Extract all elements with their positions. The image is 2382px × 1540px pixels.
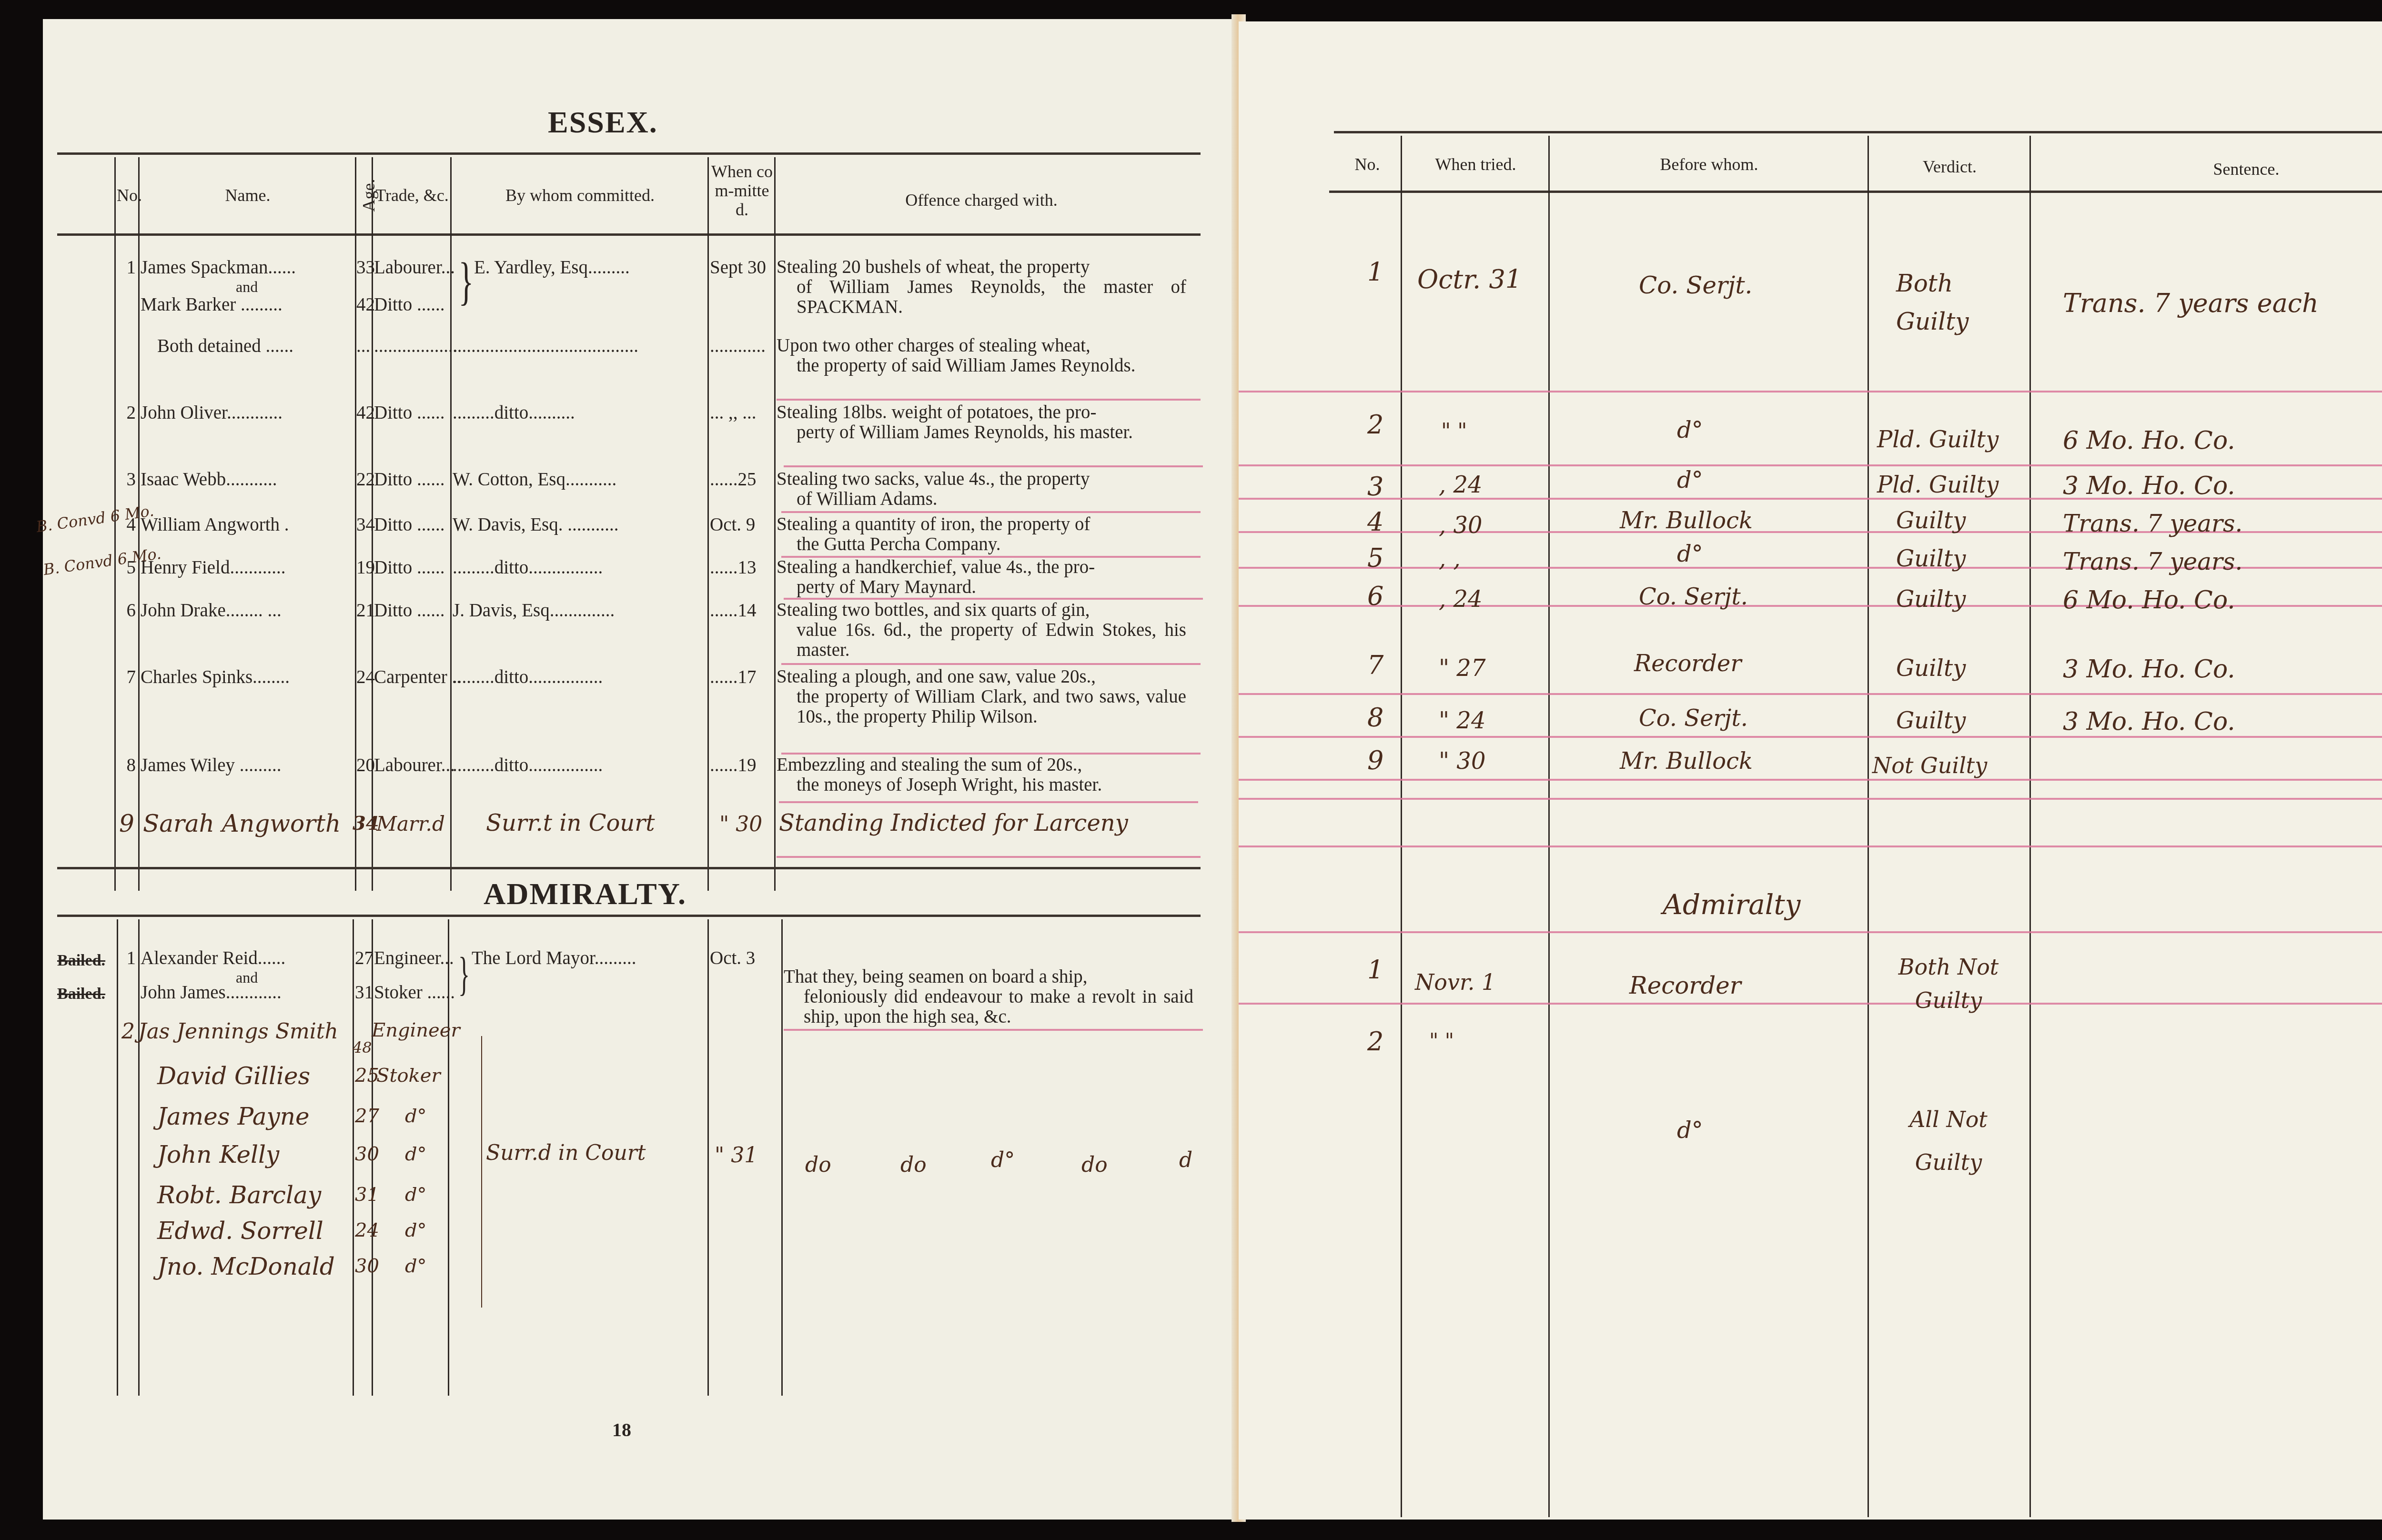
row-verdict: Both Guilty: [1896, 264, 2020, 341]
essex-title: ESSEX.: [548, 105, 658, 140]
row-before: d°: [1677, 417, 1703, 443]
brace: }: [458, 948, 470, 1000]
row-by-whom: The Lord Mayor.........: [472, 948, 636, 969]
row-trade: ..................: [374, 336, 458, 357]
col-line: [138, 919, 140, 1396]
row-no: 7: [1367, 650, 1383, 680]
row-when: ......17: [710, 667, 757, 688]
row-trade: d°: [405, 1105, 427, 1127]
row-name: John Kelly: [157, 1141, 279, 1168]
row-when: " 27: [1439, 655, 1485, 682]
col-line: [774, 157, 776, 891]
row-before: d°: [1677, 541, 1703, 567]
col-line: [781, 919, 783, 1396]
row-sentence: 3 Mo. Ho. Co.: [2063, 472, 2235, 500]
admiralty-title: ADMIRALTY.: [484, 876, 686, 912]
row-name: James Wiley .........: [141, 755, 282, 776]
row-age: 21: [356, 600, 375, 621]
row-offence: Embezzling and stealing the sum of 20s.,…: [777, 755, 1186, 795]
row-trade: Engineer...: [374, 948, 454, 969]
row-name: Jas Jennings Smith: [138, 1019, 338, 1044]
row-name: Isaac Webb...........: [141, 469, 277, 490]
row-sentence: Trans. 7 years each: [2063, 288, 2319, 318]
row-before: d°: [1677, 467, 1703, 493]
row-by-whom: W. Cotton, Esq...........: [453, 469, 616, 490]
row-no: 9: [119, 810, 134, 837]
header-trade: Trade, &c.: [374, 186, 450, 205]
row-name: James Spackman......: [141, 257, 296, 278]
row-offence: Stealing 20 bushels of wheat, the proper…: [777, 257, 1186, 317]
row-trade: Labourer...: [374, 257, 455, 278]
row-no: 6: [1367, 581, 1383, 611]
right-page: No. When tried. Before whom. Verdict. Se…: [1239, 21, 2382, 1520]
row-by-whom: J. Davis, Esq..............: [453, 600, 615, 621]
row-verdict: Guilty: [1896, 586, 1966, 613]
row-trade: Marr.d: [376, 812, 445, 835]
row-name: William Angworth .: [141, 514, 289, 535]
section-rule: [57, 915, 1201, 917]
row-verdict: Guilty: [1896, 545, 1966, 572]
row-no: 1: [114, 948, 136, 969]
red-rule: [1239, 798, 2382, 800]
row-offence: Stealing two bottles, and six quarts of …: [777, 600, 1186, 660]
row-by-whom: .........ditto..........: [453, 403, 575, 423]
row-no: 5: [1367, 543, 1383, 573]
row-when: Oct. 9: [710, 514, 755, 535]
admiralty-label: Admiralty: [1663, 888, 1801, 921]
row-when: ... ,, ...: [710, 403, 757, 423]
row-age: ...: [356, 336, 370, 357]
red-rule: [1239, 693, 2382, 695]
row-no: 1: [114, 257, 136, 278]
header-rule-bottom: [57, 233, 1201, 236]
margin-note: B. Convd 6 Mo.: [35, 502, 155, 536]
row-no: 4: [1367, 507, 1383, 537]
group-offence-do: do: [900, 1153, 927, 1177]
row-no: 2: [1367, 410, 1383, 440]
row-name: John Drake........ ...: [141, 600, 282, 621]
row-name-2: Mark Barker .........: [141, 294, 283, 315]
header-age: Age.: [353, 186, 374, 205]
red-rule: [1239, 779, 2382, 781]
row-verdict: Guilty: [1896, 707, 1966, 734]
col-line: [1401, 136, 1402, 1517]
row-trade: d°: [405, 1255, 427, 1277]
row-before: Recorder: [1634, 650, 1741, 677]
row-sentence: 3 Mo. Ho. Co.: [2063, 655, 2235, 684]
row-when: , ,: [1439, 545, 1461, 572]
row-when: ............: [710, 336, 766, 357]
row-name: David Gillies: [157, 1062, 310, 1090]
row-no: 6: [114, 600, 136, 621]
row-offence: Stealing a handkerchief, value 4s., the …: [777, 557, 1186, 597]
row-verdict: Pld. Guilty: [1877, 426, 1998, 453]
row-trade: Carpenter ..: [374, 667, 461, 688]
row-by-whom: .........ditto................: [453, 557, 603, 578]
brace: }: [459, 252, 474, 310]
row-verdict: All Not Guilty: [1877, 1098, 2020, 1184]
header-rule-top: [1334, 131, 2382, 133]
row-offence: That they, being seamen on board a ship,…: [784, 967, 1193, 1027]
red-rule: [1239, 736, 2382, 738]
row-name: Both detained ......: [157, 336, 293, 357]
row-when: ......14: [710, 600, 757, 621]
row-by-whom: W. Davis, Esq. ...........: [453, 514, 618, 535]
row-offence: Upon two other charges of stealing wheat…: [777, 336, 1186, 376]
group-by-whom: Surr.d in Court: [486, 1141, 646, 1165]
red-rule: [784, 1029, 1203, 1031]
header-rule-top: [57, 152, 1201, 155]
row-name: Henry Field............: [141, 557, 285, 578]
row-name: John James............: [141, 982, 282, 1003]
row-verdict: Guilty: [1896, 655, 1966, 682]
row-name: Edwd. Sorrell: [157, 1217, 323, 1245]
row-when: " ": [1429, 1029, 1454, 1052]
row-by-whom: E. Yardley, Esq.........: [474, 257, 630, 278]
red-rule: [1239, 391, 2382, 393]
row-no: 3: [1367, 472, 1383, 502]
section-rule: [57, 867, 1201, 869]
row-when: Oct. 3: [710, 948, 755, 969]
row-trade: Stoker ......: [374, 982, 455, 1003]
header-rule-bottom: [1329, 191, 2382, 193]
col-line: [707, 919, 709, 1396]
row-offence: Standing Indicted for Larceny: [779, 810, 1128, 836]
col-line: [353, 919, 354, 1396]
row-age: 25: [355, 1065, 379, 1087]
row-before: Co. Serjt.: [1639, 705, 1748, 732]
row-verdict: Guilty: [1896, 507, 1966, 534]
row-sentence: 6 Mo. Ho. Co.: [2063, 586, 2235, 614]
group-offence-do: do: [805, 1153, 831, 1177]
row-no: 7: [114, 667, 136, 688]
row-when: ......13: [710, 557, 757, 578]
row-age: 31: [355, 1184, 379, 1206]
red-rule: [781, 663, 1201, 665]
row-verdict: Both Not Guilty: [1877, 950, 2020, 1017]
row-age: 27: [355, 1105, 379, 1127]
col-line: [707, 157, 709, 891]
row-sentence: 6 Mo. Ho. Co.: [2063, 426, 2235, 455]
row-trade: d°: [405, 1219, 427, 1241]
red-rule: [1239, 1003, 2382, 1005]
row-when: , 24: [1439, 472, 1483, 498]
row-trade: Ditto ......: [374, 557, 444, 578]
row-before: Recorder: [1629, 972, 1741, 999]
row-by-whom: ........................................: [453, 336, 638, 357]
header-sentence: Sentence.: [2032, 160, 2382, 179]
row-no: 8: [1367, 703, 1383, 733]
red-rule: [1239, 845, 2382, 847]
row-when: Octr. 31: [1417, 264, 1522, 294]
group-offence-do: d°: [991, 1148, 1015, 1172]
row-when: " 30: [719, 812, 762, 836]
row-sentence: 3 Mo. Ho. Co.: [2063, 707, 2235, 736]
row-age: 42: [356, 403, 375, 423]
row-age: 20: [356, 755, 375, 776]
row-trade: Ditto ......: [374, 403, 444, 423]
row-when: " ": [1441, 419, 1467, 443]
row-offence: Stealing a plough, and one saw, value 20…: [777, 667, 1186, 727]
row-trade: Stoker: [376, 1065, 441, 1087]
row-age-2: 42: [356, 294, 375, 315]
row-no: 1: [1367, 257, 1383, 287]
row-name: Robt. Barclay: [157, 1181, 321, 1209]
row-trade: Engineer: [372, 1019, 460, 1041]
header-by-whom: By whom committed.: [453, 186, 707, 205]
row-age: 24: [356, 667, 375, 688]
row-by-whom: Surr.t in Court: [486, 810, 655, 836]
row-age: 27: [355, 948, 373, 969]
row-no: 2: [1367, 1027, 1383, 1057]
row-no: 8: [114, 755, 136, 776]
red-rule: [779, 801, 1198, 803]
row-sentence: Trans. 7 years.: [2063, 510, 2243, 537]
row-trade: Ditto ......: [374, 514, 444, 535]
row-when: ......19: [710, 755, 757, 776]
header-when: When com-mitted.: [710, 162, 774, 219]
row-by-whom: .........ditto................: [453, 667, 603, 688]
row-age: 33: [356, 257, 375, 278]
row-trade: d°: [405, 1143, 427, 1165]
col-line: [1548, 136, 1550, 1517]
header-before-whom: Before whom.: [1551, 155, 1867, 174]
row-age: 22: [356, 469, 375, 490]
row-before: Mr. Bullock: [1620, 748, 1753, 775]
row-name: Charles Spinks........: [141, 667, 290, 688]
left-page: ESSEX. No. Name. Age. Trade, &c. By whom…: [43, 19, 1236, 1520]
row-no: 2: [114, 403, 136, 423]
row-when: , 30: [1439, 512, 1483, 539]
row-by-whom: .........ditto................: [453, 755, 603, 776]
row-name: Alexander Reid......: [141, 948, 285, 969]
row-no: 9: [1367, 745, 1383, 775]
row-age: 34: [353, 812, 379, 835]
header-offence: Offence charged with.: [777, 191, 1186, 210]
row-before: d°: [1677, 1117, 1703, 1144]
col-line: [2029, 136, 2031, 1517]
red-rule: [1239, 464, 2382, 466]
row-when: " 24: [1439, 707, 1485, 734]
row-when: Novr. 1: [1415, 969, 1495, 995]
row-age: 34: [356, 514, 375, 535]
row-age: 19: [356, 557, 375, 578]
group-offence-do: d: [1179, 1148, 1192, 1172]
col-line: [1867, 136, 1869, 1517]
row-before: Mr. Bullock: [1620, 507, 1753, 534]
row-no: 3: [114, 469, 136, 490]
page-number: 18: [612, 1419, 631, 1440]
group-when: " 31: [715, 1143, 757, 1168]
row-trade: Ditto ......: [374, 469, 444, 490]
row-name: James Payne: [157, 1103, 310, 1130]
header-when-tried: When tried.: [1403, 155, 1548, 174]
row-trade: Labourer...: [374, 755, 455, 776]
red-rule: [784, 465, 1203, 467]
row-age: 24: [355, 1219, 379, 1241]
row-before: Co. Serjt.: [1639, 272, 1753, 299]
row-verdict: Pld. Guilty: [1877, 472, 1998, 498]
row-no: 5: [114, 557, 136, 578]
row-name: John Oliver............: [141, 403, 283, 423]
red-rule: [1239, 931, 2382, 933]
row-age: 30: [355, 1255, 379, 1277]
red-rule: [777, 856, 1201, 858]
row-sentence: Trans. 7 years.: [2063, 548, 2243, 575]
col-line: [117, 919, 118, 1396]
red-rule: [781, 511, 1201, 513]
row-when: , 24: [1439, 586, 1483, 613]
row-age: 48: [353, 1038, 372, 1057]
row-when: ......25: [710, 469, 757, 490]
red-rule: [777, 399, 1201, 401]
row-name: Sarah Angworth: [143, 810, 341, 837]
header-no: No.: [1334, 155, 1401, 174]
row-offence: Stealing two sacks, value 4s., the prope…: [777, 469, 1186, 509]
row-offence: Stealing a quantity of iron, the propert…: [777, 514, 1186, 554]
row-when: Sept 30: [710, 257, 766, 278]
header-name: Name.: [141, 186, 355, 205]
header-verdict: Verdict.: [1870, 157, 2029, 176]
row-offence: Stealing 18lbs. weight of potatoes, the …: [777, 403, 1186, 443]
row-no: 2: [121, 1019, 135, 1044]
group-brace: [481, 1036, 482, 1308]
row-age: 30: [355, 1143, 379, 1165]
row-trade: d°: [405, 1184, 427, 1206]
header-no: No.: [117, 186, 138, 205]
col-line: [138, 157, 140, 891]
row-verdict: Not Guilty: [1872, 753, 1987, 778]
row-no: 4: [114, 514, 136, 535]
row-trade: Ditto ......: [374, 600, 444, 621]
row-age: 31: [355, 982, 373, 1003]
margin-note-bailed: Bailed.: [57, 950, 105, 971]
margin-note-bailed: Bailed.: [57, 984, 105, 1005]
row-name: Jno. McDonald: [157, 1253, 335, 1280]
row-trade-2: Ditto ......: [374, 294, 444, 315]
row-when: " 30: [1439, 748, 1485, 775]
group-offence-do: do: [1081, 1153, 1108, 1177]
row-no: 1: [1367, 955, 1383, 985]
row-before: Co. Serjt.: [1639, 584, 1748, 610]
